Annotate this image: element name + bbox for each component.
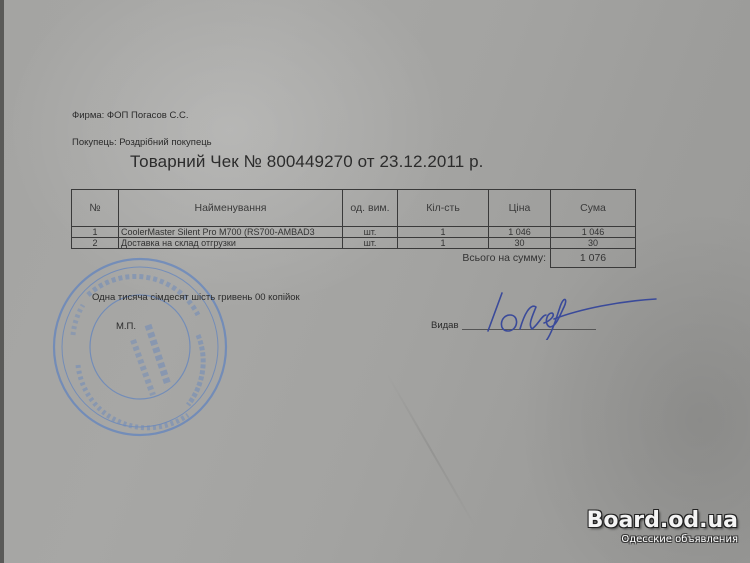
cell-sum: 1 046 xyxy=(551,227,636,238)
amount-in-words: Одна тисяча сімдесят шість гривень 00 ко… xyxy=(92,292,300,303)
paper-edge xyxy=(0,0,4,563)
cell-qty: 1 xyxy=(398,227,489,238)
cell-name: Доставка на склад отгрузки xyxy=(119,238,343,249)
col-header-qty: Кіл-сть xyxy=(398,190,489,227)
stamp-seal-icon xyxy=(48,255,228,440)
watermark-site: Board.od.ua xyxy=(587,509,738,533)
cell-sum: 30 xyxy=(551,238,636,249)
table-row: 2 Доставка на склад отгрузки шт. 1 30 30 xyxy=(72,238,636,249)
cell-price: 1 046 xyxy=(489,227,551,238)
receipt-title: Товарний Чек № 800449270 от 23.12.2011 р… xyxy=(130,152,484,172)
cell-number: 2 xyxy=(72,238,119,249)
table-header-row: № Найменування од. вим. Кіл-сть Ціна Сум… xyxy=(72,190,636,227)
watermark: Board.od.ua Одесские объявления xyxy=(587,509,738,546)
signature-icon xyxy=(480,285,660,340)
col-header-unit: од. вим. xyxy=(343,190,398,227)
firm-value: ФОП Погасов С.С. xyxy=(107,110,189,121)
cell-unit: шт. xyxy=(343,238,398,249)
watermark-tagline: Одесские объявления xyxy=(587,534,738,546)
col-header-sum: Сума xyxy=(551,190,636,227)
total-value: 1 076 xyxy=(551,249,636,268)
col-header-price: Ціна xyxy=(489,190,551,227)
col-header-number: № xyxy=(72,190,119,227)
buyer-line: Покупець: Роздрібний покупець xyxy=(72,137,212,148)
cell-price: 30 xyxy=(489,238,551,249)
cell-unit: шт. xyxy=(343,227,398,238)
firm-line: Фирма: ФОП Погасов С.С. xyxy=(72,110,188,121)
buyer-label: Покупець: xyxy=(72,137,117,148)
stamp-place-label: М.П. xyxy=(116,321,136,332)
buyer-value: Роздрібний покупець xyxy=(119,137,211,148)
cell-name: CoolerMaster Silent Pro M700 (RS700-AMBA… xyxy=(119,227,343,238)
table-row: 1 CoolerMaster Silent Pro M700 (RS700-AM… xyxy=(72,227,636,238)
col-header-name: Найменування xyxy=(119,190,343,227)
issued-by-label: Видав xyxy=(431,320,459,331)
cell-qty: 1 xyxy=(398,238,489,249)
firm-label: Фирма: xyxy=(72,110,104,121)
cell-number: 1 xyxy=(72,227,119,238)
